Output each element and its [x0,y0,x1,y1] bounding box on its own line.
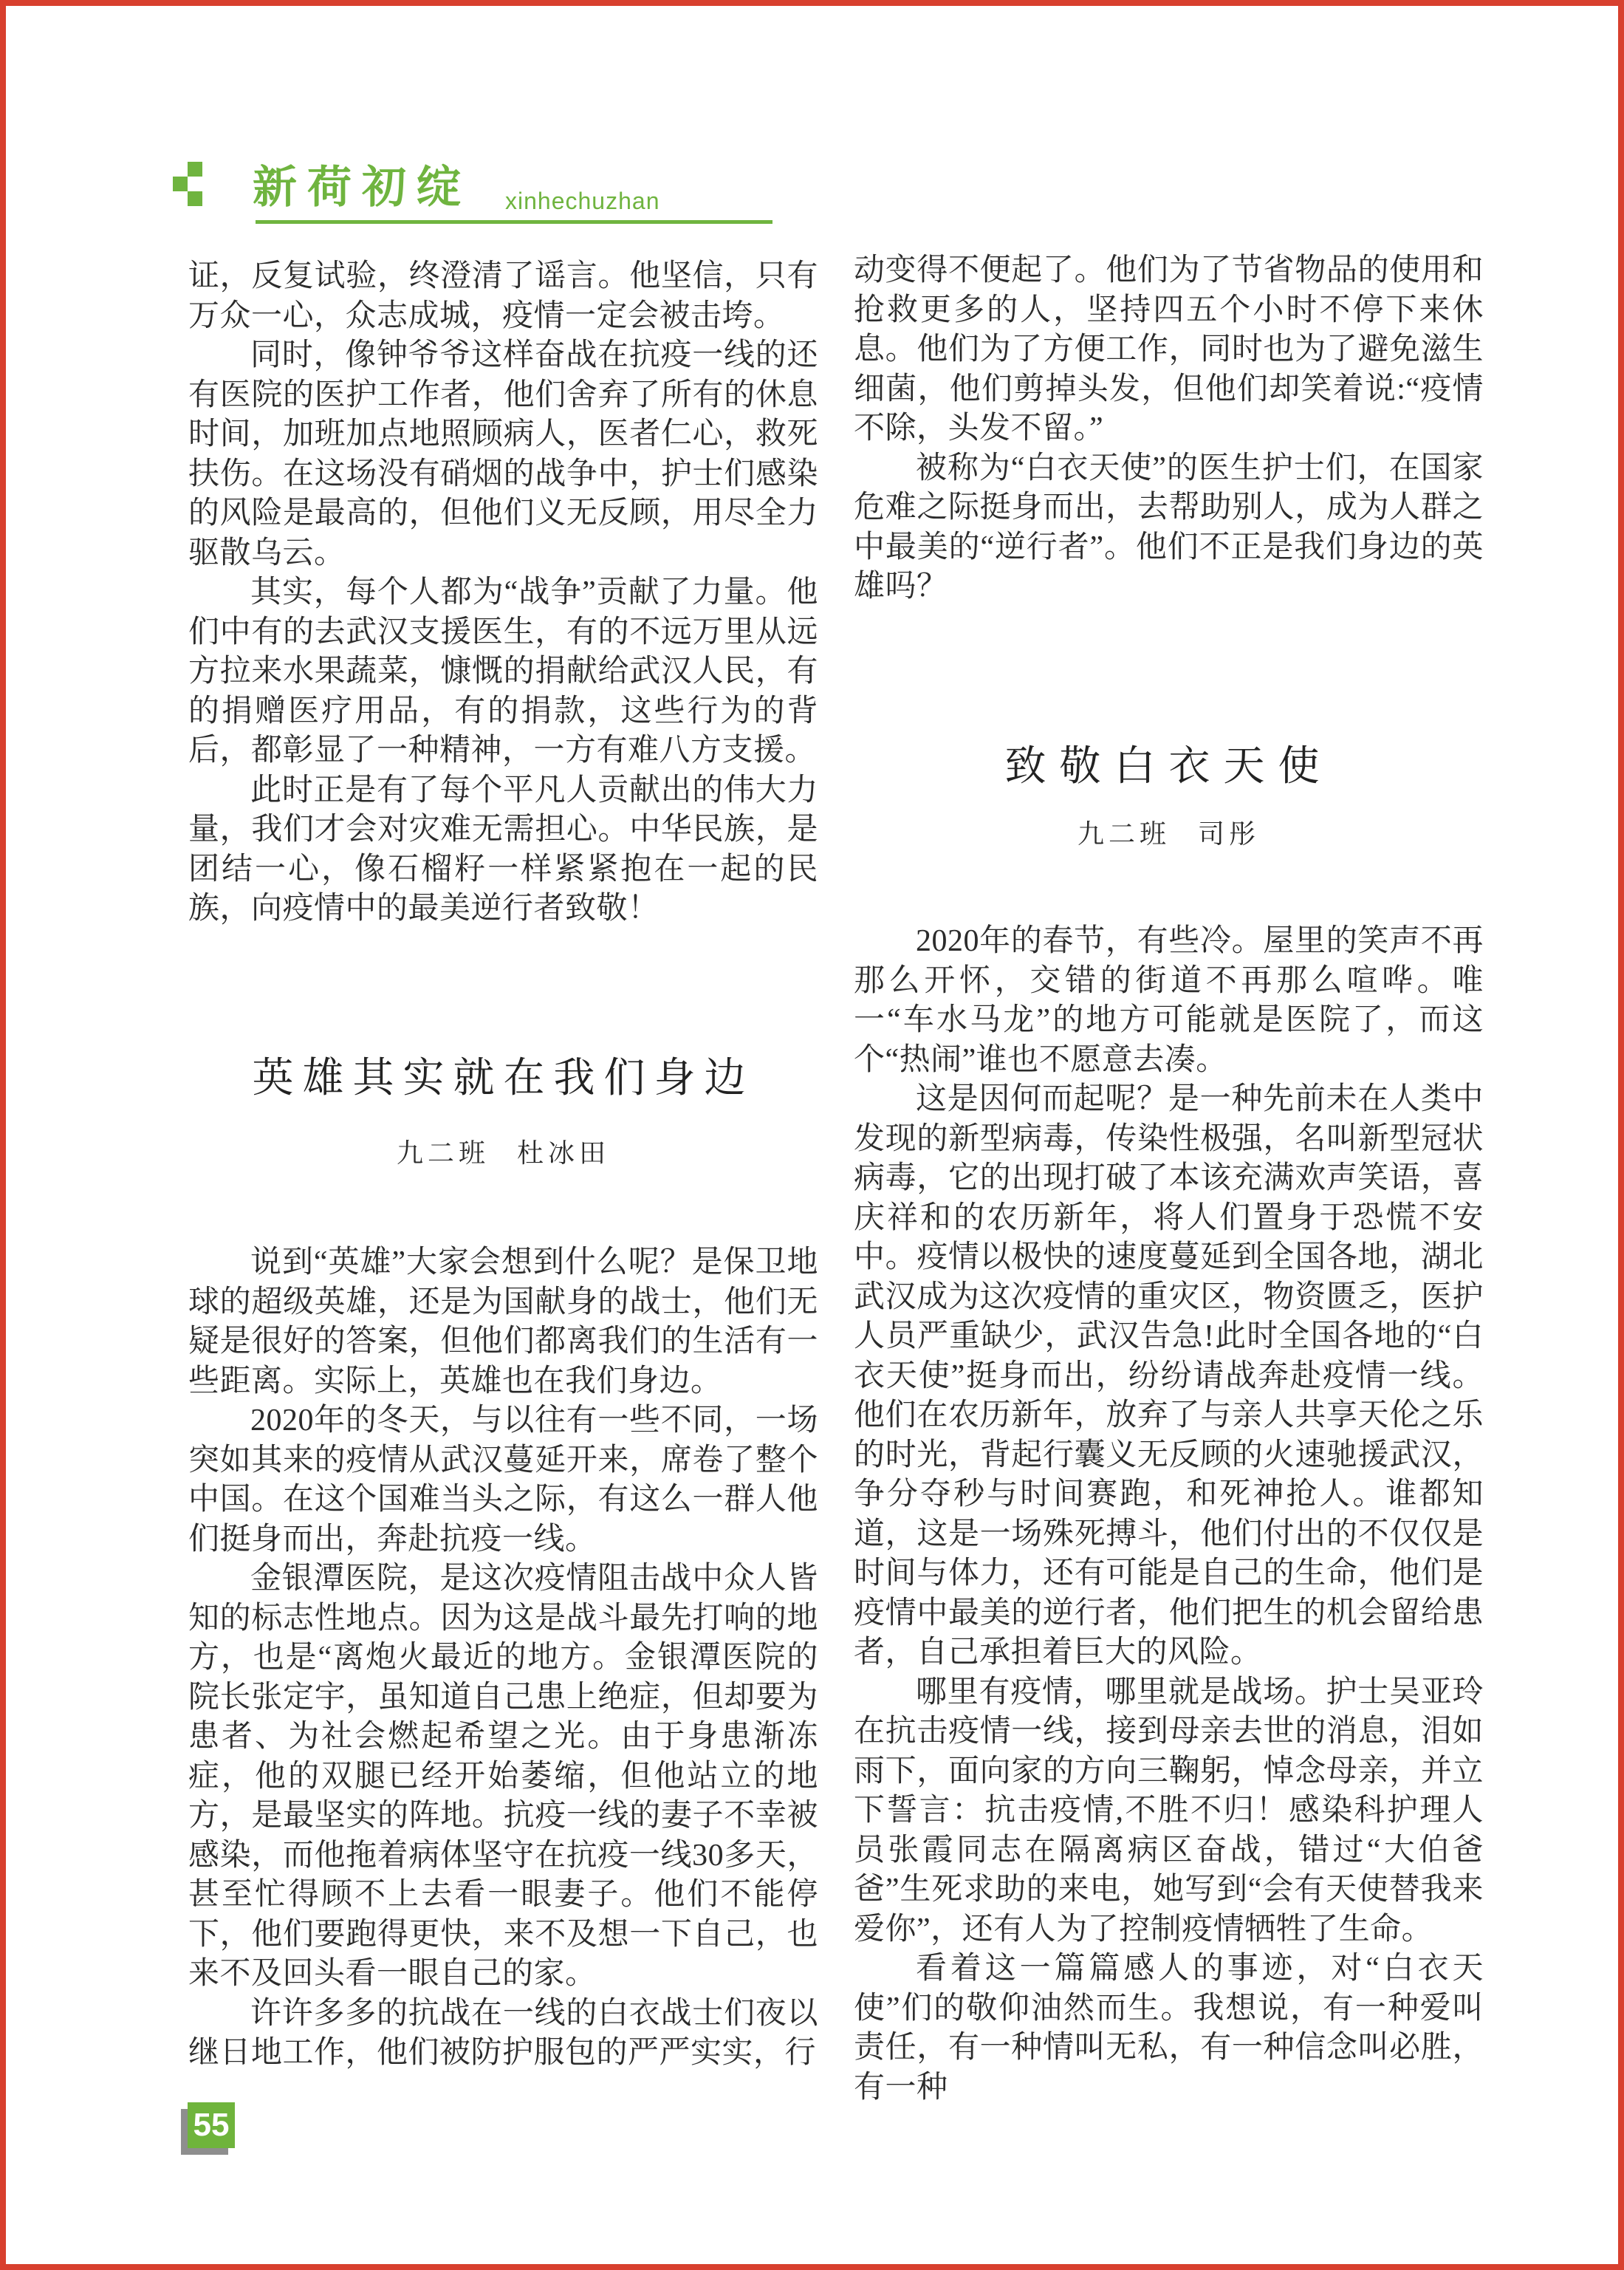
left-article-body: 说到“英雄”大家会想到什么呢？是保卫地球的超级英雄，还是为国献身的战士，他们无疑… [188,1243,818,2074]
logo-square-icon [173,177,188,191]
paragraph: 此时正是有了每个平凡人贡献出的伟大力量，我们才会对灾难无需担心。中华民族，是团结… [188,771,818,929]
paragraph: 其实，每个人都为“战争”贡献了力量。他们中有的去武汉支援医生，有的不远万里从远方… [188,573,818,771]
paragraph: 证，反复试验，终澄清了谣言。他坚信，只有万众一心，众志成城，疫情一定会被击垮。 [188,257,818,336]
brand-title: 新荷初绽 [253,161,471,214]
paragraph: 许许多多的抗战在一线的白衣战士们夜以继日地工作，他们被防护服包的严严实实，行 [188,1994,818,2074]
paragraph: 2020年的冬天，与以往有一些不同，一场突如其来的疫情从武汉蔓延开来，席卷了整个… [188,1401,818,1559]
article-title-salute-angels: 致敬白衣天使 [854,743,1484,790]
left-column-continued-text: 证，反复试验，终澄清了谣言。他坚信，只有万众一心，众志成城，疫情一定会被击垮。 … [188,257,818,929]
paragraph: 动变得不便起了。他们为了节省物品的使用和抢救更多的人，坚持四五个小时不停下来休息… [854,251,1484,449]
paragraph: 金银潭医院，是这次疫情阻击战中众人皆知的标志性地点。因为这是战斗最先打响的地方，… [188,1559,818,1994]
right-column-continued-text: 动变得不便起了。他们为了节省物品的使用和抢救更多的人，坚持四五个小时不停下来休息… [854,251,1484,607]
article-byline: 九二班 杜冰田 [188,1138,818,1169]
paragraph: 哪里有疫情，哪里就是战场。护士吴亚玲在抗击疫情一线，接到母亲去世的消息，泪如雨下… [854,1673,1484,1950]
page-number: 55 [188,2102,235,2148]
paragraph: 说到“英雄”大家会想到什么呢？是保卫地球的超级英雄，还是为国献身的战士，他们无疑… [188,1243,818,1401]
right-article-body: 2020年的春节，有些冷。屋里的笑声不再那么开怀，交错的街道不再那么喧哗。唯一“… [854,922,1484,2107]
magazine-page: 新荷初绽 xinhechuzhan 证，反复试验，终澄清了谣言。他坚信，只有万众… [0,0,1624,2270]
paragraph: 被称为“白衣天使”的医生护士们，在国家危难之际挺身而出，去帮助别人，成为人群之中… [854,449,1484,607]
brand-pinyin: xinhechuzhan [505,188,659,214]
paragraph: 同时，像钟爷爷这样奋战在抗疫一线的还有医院的医护工作者，他们舍弃了所有的休息时间… [188,336,818,573]
logo-square-icon [188,162,202,177]
header-underline [256,220,772,224]
logo-square-icon [188,191,202,206]
paragraph: 这是因何而起呢？是一种先前未在人类中发现的新型病毒，传染性极强，名叫新型冠状病毒… [854,1080,1484,1673]
paragraph: 2020年的春节，有些冷。屋里的笑声不再那么开怀，交错的街道不再那么喧哗。唯一“… [854,922,1484,1080]
paragraph: 看着这一篇篇感人的事迹，对“白衣天使”们的敬仰油然而生。我想说，有一种爱叫责任，… [854,1949,1484,2107]
article-byline: 九二班 司彤 [854,818,1484,849]
article-title-heroes-around-us: 英雄其实就在我们身边 [188,1055,818,1102]
